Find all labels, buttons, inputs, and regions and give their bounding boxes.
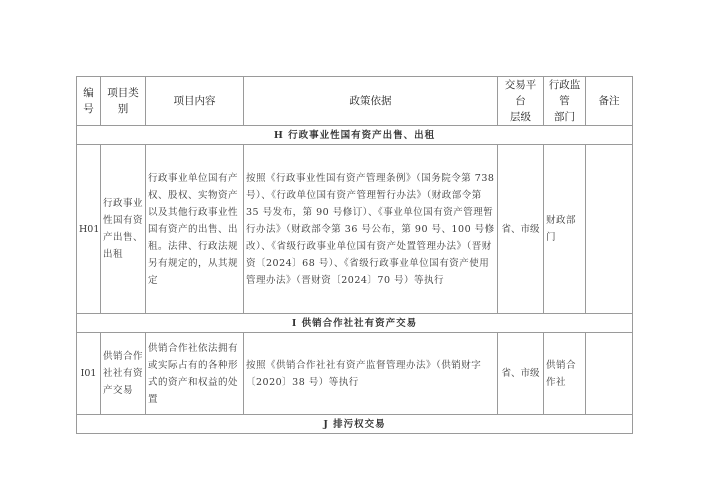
section-row-i: I 供销合作社社有资产交易 [77, 314, 633, 333]
header-regulator: 行政监管 部门 [544, 77, 586, 126]
header-regulator-line1: 行政监管 [549, 79, 581, 107]
header-platform-level-line1: 交易平台 [505, 79, 537, 107]
header-id: 编号 [77, 77, 101, 126]
section-title-h: H 行政事业性国有资产出售、出租 [77, 126, 633, 145]
cell-content: 行政事业单位国有产权、股权、实物资产以及其他行政事业性国有资产的出售、出租。法律… [146, 145, 244, 314]
header-platform-level-line2: 层级 [510, 111, 531, 123]
table-row: H01 行政事业性国有资产出售、出租 行政事业单位国有产权、股权、实物资产以及其… [77, 145, 633, 314]
cell-id: H01 [77, 145, 101, 314]
header-remarks: 备注 [586, 77, 633, 126]
cell-id: I01 [77, 333, 101, 415]
header-category: 项目类别 [101, 77, 146, 126]
section-title-i: I 供销合作社社有资产交易 [77, 314, 633, 333]
header-regulator-line2: 部门 [554, 111, 575, 123]
cell-category: 供销合作社社有资产交易 [101, 333, 146, 415]
cell-remarks [586, 145, 633, 314]
cell-regulator: 财政部门 [544, 145, 586, 314]
header-content: 项目内容 [146, 77, 244, 126]
cell-platform-level: 省、市级 [498, 333, 544, 415]
cell-regulator: 供销合作社 [544, 333, 586, 415]
cell-content: 供销合作社依法拥有或实际占有的各种形式的资产和权益的处置 [146, 333, 244, 415]
section-row-j: J 排污权交易 [77, 415, 633, 434]
header-policy: 政策依据 [244, 77, 498, 126]
header-platform-level: 交易平台 层级 [498, 77, 544, 126]
asset-transaction-table: 编号 项目类别 项目内容 政策依据 交易平台 层级 行政监管 部门 备注 H 行… [76, 76, 633, 434]
table-row: I01 供销合作社社有资产交易 供销合作社依法拥有或实际占有的各种形式的资产和权… [77, 333, 633, 415]
header-row: 编号 项目类别 项目内容 政策依据 交易平台 层级 行政监管 部门 备注 [77, 77, 633, 126]
cell-remarks [586, 333, 633, 415]
section-title-j: J 排污权交易 [77, 415, 633, 434]
cell-platform-level: 省、市级 [498, 145, 544, 314]
cell-policy: 按照《供销合作社社有资产监督管理办法》（供销财字〔2020〕38 号）等执行 [244, 333, 498, 415]
cell-category: 行政事业性国有资产出售、出租 [101, 145, 146, 314]
cell-policy: 按照《行政事业性国有资产管理条例》（国务院令第 738 号）、《行政单位国有资产… [244, 145, 498, 314]
section-row-h: H 行政事业性国有资产出售、出租 [77, 126, 633, 145]
